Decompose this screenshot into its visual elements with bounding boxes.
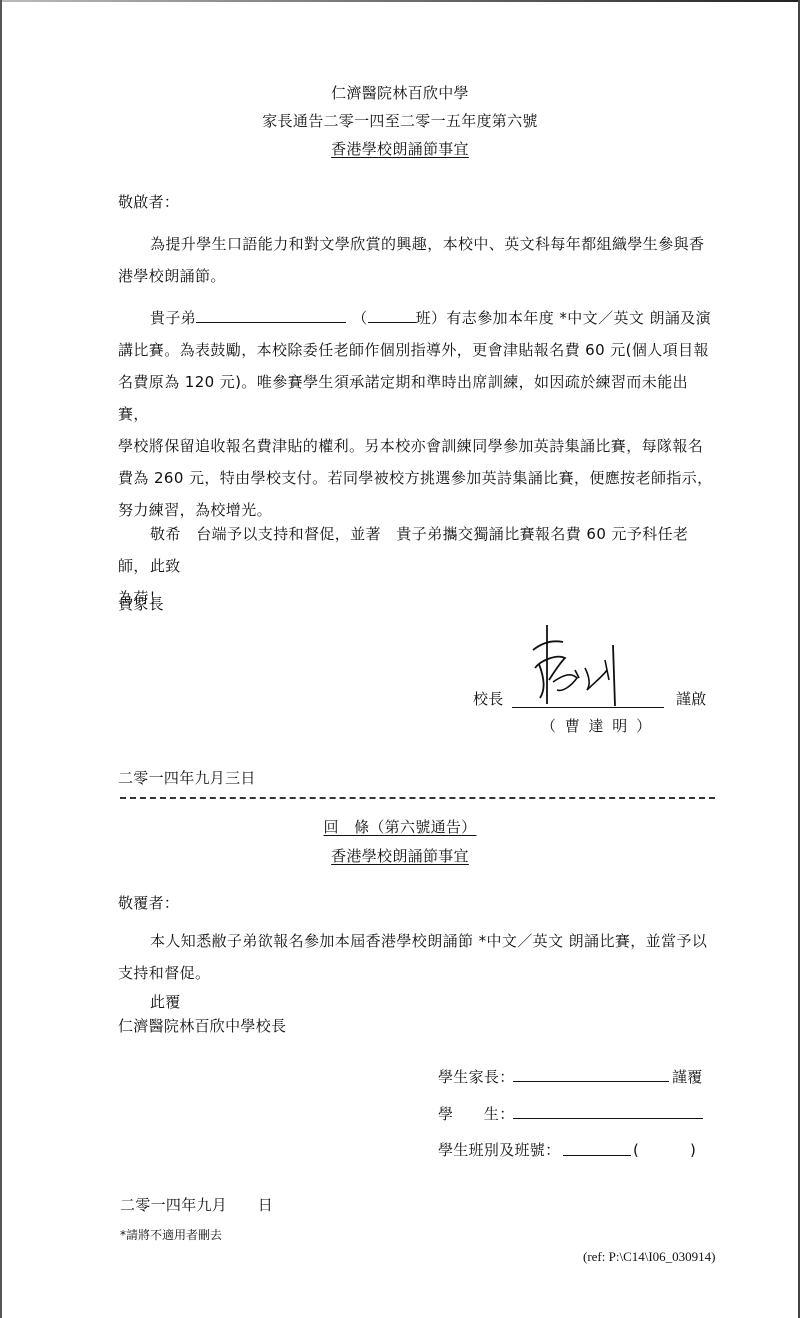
class-blank[interactable]: [368, 308, 416, 323]
para2-prefix: 貴子弟: [150, 309, 196, 327]
page-edge: [0, 0, 800, 2]
reply-date: 二零一四年九月 日: [120, 1195, 273, 1215]
para1-line2: 港學校朗誦節。: [118, 260, 718, 292]
paragraph-intro: 為提升學生口語能力和對文學欣賞的興趣，本校中、英文科每年都組織學生參與香 港學校…: [118, 228, 718, 292]
notice-subject: 香港學校朗誦節事宜: [331, 140, 469, 158]
subject-wrap: 香港學校朗誦節事宜: [0, 139, 800, 159]
principal-suffix: 謹啟: [676, 689, 707, 709]
parent-signature-field[interactable]: [513, 1081, 669, 1082]
reply-subject-wrap: 香港學校朗誦節事宜: [0, 846, 800, 866]
principal-label: 校長: [473, 689, 504, 709]
reply-body-line2: 支持和督促。: [118, 957, 718, 989]
tear-off-dashed-line: [120, 797, 715, 799]
student-name-blank[interactable]: [196, 308, 346, 323]
para2-line3: 名費原為 120 元)。唯參賽學生須承諾定期和準時出席訓練，如因疏於練習而未能出…: [118, 366, 718, 430]
para1-line1: 為提升學生口語能力和對文學欣賞的興趣，本校中、英文科每年都組織學生參與香: [150, 235, 704, 253]
class-label: 學生班別及班號：: [438, 1140, 560, 1160]
class-field[interactable]: [563, 1155, 631, 1156]
closing: 此致: [150, 556, 181, 576]
reply-body-line1: 本人知悉敝子弟欲報名參加本屆香港學校朗誦節 *中文／英文 朗誦比賽，並當予以: [150, 932, 707, 950]
open-paren: （: [352, 309, 367, 327]
para2-line4: 學校將保留追收報名費津貼的權利。另本校亦會訓練同學參加英詩集誦比賽，每隊報名: [118, 430, 718, 462]
para2-class-suffix: 班）有志參加本年度 *中文／英文 朗誦及演: [416, 309, 711, 327]
signature-line: [512, 707, 664, 708]
para3-line1: 敬希 台端予以支持和督促，並著 貴子弟攜交獨誦比賽報名費 60 元予科任老師，: [118, 525, 688, 575]
page-edge: [0, 0, 2, 1318]
reference-code: (ref: P:\C14\I06_030914): [583, 1249, 716, 1265]
paragraph-details: 貴子弟（班）有志參加本年度 *中文／英文 朗誦及演 講比賽。為表鼓勵，本校除委任…: [118, 302, 718, 526]
para2-line5: 費為 260 元，特由學校支付。若同學被校方挑選參加英詩集誦比賽，便應按老師指示…: [118, 462, 718, 494]
parent-label: 學生家長：: [438, 1067, 515, 1087]
class-number-close: ): [690, 1140, 696, 1160]
reply-recipient: 仁濟醫院林百欣中學校長: [118, 1016, 286, 1036]
class-number-open: (: [633, 1140, 639, 1160]
paragraph-request: 敬希 台端予以支持和督促，並著 貴子弟攜交獨誦比賽報名費 60 元予科任老師， …: [118, 518, 718, 614]
student-name-field[interactable]: [513, 1118, 703, 1119]
para3-line2: 為荷！: [118, 582, 718, 614]
notice-title: 家長通告二零一四至二零一五年度第六號: [0, 111, 800, 131]
reply-slip-subject: 香港學校朗誦節事宜: [331, 847, 469, 865]
letter-date: 二零一四年九月三日: [118, 768, 256, 788]
reply-salutation: 敬覆者：: [118, 893, 179, 913]
principal-name: （ 曹 達 明 ）: [541, 716, 653, 736]
parent-suffix: 謹覆: [672, 1067, 703, 1087]
school-name: 仁濟醫院林百欣中學: [0, 83, 800, 103]
student-label: 學 生：: [438, 1104, 515, 1124]
recipient: 貴家長: [118, 594, 164, 614]
para2-line2: 講比賽。為表鼓勵，本校除委任老師作個別指導外，更會津貼報名費 60 元(個人項目…: [118, 334, 718, 366]
signature-icon: [505, 620, 655, 708]
footnote: *請將不適用者刪去: [120, 1226, 222, 1243]
reply-body: 本人知悉敝子弟欲報名參加本屆香港學校朗誦節 *中文／英文 朗誦比賽，並當予以 支…: [118, 925, 718, 989]
salutation: 敬啟者：: [118, 192, 179, 212]
reply-title-wrap: 回 條（第六號通告）: [0, 817, 800, 837]
reply-closing: 此覆: [150, 992, 181, 1012]
reply-slip-title: 回 條（第六號通告）: [323, 818, 476, 836]
